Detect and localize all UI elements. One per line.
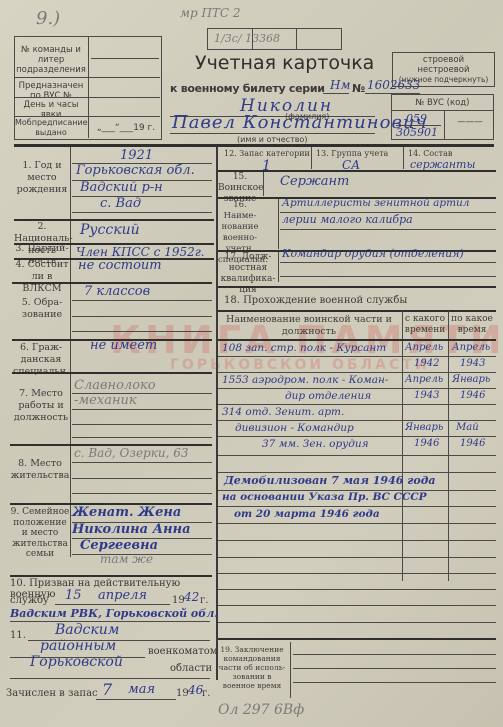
family-residence: там же xyxy=(100,552,153,566)
service-row-3-from-year: 1946 xyxy=(414,438,439,449)
education: 7 классов xyxy=(84,284,150,299)
residence: с. Вад, Озерки, 63 xyxy=(74,446,189,460)
stamp-box: 1/3с/ 13368 xyxy=(207,28,342,50)
field-13-label: 13. Группа учета xyxy=(316,149,388,158)
spouse-patronymic: Сергеевна xyxy=(80,538,158,553)
drafted-year-suffix: г. xyxy=(200,595,208,606)
komsomol-membership: не состоит xyxy=(78,258,162,273)
vus-code-1: 059 xyxy=(406,112,427,125)
service-row-2-unit-1: 1553 аэродром. полк - Коман- xyxy=(222,374,388,386)
corner-number: 9.) xyxy=(36,8,60,29)
top-left-box: № команды и литер подразделения Предназн… xyxy=(14,36,162,140)
ticket-series: Нм xyxy=(330,78,350,92)
field-14-label: 14. Состав xyxy=(408,149,452,158)
vus-assigned-label: Предназначен по ВУС № xyxy=(15,81,87,101)
mob-order-label: Мобпредписание выдано xyxy=(15,118,87,138)
service-row-3-from-month: Январь xyxy=(405,422,443,433)
drafted-by: Вадским РВК, Горьковской обл. xyxy=(10,607,218,620)
field-4-label: 4. Состоит ли в ВЛКСМ xyxy=(14,259,70,295)
field-12-label: 12. Запас категории xyxy=(224,149,310,158)
service-row-3-unit-1: 314 отд. Зенит. арт. xyxy=(222,406,344,418)
bottom-pencil-note: Ол 297 6Вф xyxy=(218,702,304,718)
service-type-combatant: строевой xyxy=(393,55,494,65)
vus-label: № ВУС (код) xyxy=(392,98,493,108)
position-qualification: Командир орудия (отделения) xyxy=(282,247,464,260)
vus-code-2: 305901 xyxy=(396,126,438,139)
demobilization-note-3: от 20 марта 1946 года xyxy=(234,508,380,520)
birth-village: с. Вад xyxy=(100,196,141,211)
service-row-1-from-year: 1942 xyxy=(414,358,439,369)
drafted-month: апреля xyxy=(98,588,147,603)
workplace: Славнолоко xyxy=(74,378,156,393)
service-row-1-from-month: Апрель xyxy=(405,342,443,353)
reserve-year-suffix: г. xyxy=(202,688,210,699)
command-label: № команды и литер подразделения xyxy=(15,45,87,75)
position: -механик xyxy=(74,393,137,408)
reserve-month: мая xyxy=(128,682,155,697)
reserve-day: 7 xyxy=(102,680,112,699)
column-from-header: с какого времени xyxy=(404,314,446,336)
birth-year: 1921 xyxy=(120,148,153,163)
name-patronymic: Павел Константинович xyxy=(172,112,428,133)
drafted-day: 15 xyxy=(65,588,82,603)
service-row-2-from-year: 1943 xyxy=(414,390,439,401)
item-10-service-word: службу xyxy=(10,595,49,606)
reserve-year-prefix: 19 xyxy=(176,688,189,699)
service-row-3-to-year: 1946 xyxy=(460,438,485,449)
drafted-year: 42 xyxy=(184,590,199,604)
service-type-hint: (нужное подчеркнуть) xyxy=(393,75,494,85)
service-row-1-to-year: 1943 xyxy=(460,358,485,369)
card-title: Учетная карточка xyxy=(195,52,374,74)
field-7-label: 7. Место работы и должность xyxy=(12,388,70,424)
military-rank: Сержант xyxy=(280,174,349,189)
oblast-label: области xyxy=(170,663,212,674)
reserve-label: Зачислен в запас xyxy=(6,688,98,699)
field-1-label: 1. Год и место рождения xyxy=(14,160,70,196)
service-row-2-from-month: Апрель xyxy=(405,374,443,385)
field-19-label: 19. Заключение командования части об исп… xyxy=(218,645,286,690)
ticket-prefix: к военному билету серии xyxy=(170,82,325,95)
birth-region: Горьковская обл. xyxy=(76,163,195,178)
field-9-label: 9. Семей­ное поло­жение и место жительст… xyxy=(10,507,70,560)
service-row-2-to-year: 1946 xyxy=(460,390,485,401)
field-5-label: 5. Обра­зование xyxy=(14,297,70,321)
service-table-title: 18. Прохождение военной службы xyxy=(224,295,407,306)
drafted-year-prefix: 19 xyxy=(172,595,185,606)
voenkomat-type: районным xyxy=(40,638,116,654)
military-specialty-2: лерии малого калибра xyxy=(282,213,413,226)
service-type-noncombatant: нестроевой xyxy=(393,65,494,75)
service-row-2-to-month: Январь xyxy=(452,374,490,385)
record-card: КНИГА ПАМЯТИ ГОРЬКОВСКОЙ ОБЛАСТИ 9.) мр … xyxy=(0,0,503,727)
service-row-3-to-month: Май xyxy=(456,422,479,433)
service-row-3-unit-3: 37 мм. Зен. орудия xyxy=(262,438,369,450)
mob-order-date: „___“___19 г. xyxy=(91,123,161,133)
service-row-1-unit: 108 зап. стр. полк - Курсант xyxy=(222,342,386,354)
nationality: Русский xyxy=(80,222,140,238)
column-unit-header: Наименование воинской части и должность xyxy=(220,314,398,338)
vus-box: № ВУС (код) 059 305901 ——— xyxy=(391,94,494,140)
voenkomat-district: Вадским xyxy=(55,622,119,638)
service-row-1-to-month: Апрель xyxy=(452,342,490,353)
voenkomat-label: военкоматом xyxy=(148,646,218,657)
field-8-label: 8. Место жительства xyxy=(10,458,70,482)
number-label: № xyxy=(352,82,365,95)
item-11-label: 11. xyxy=(10,630,26,641)
service-row-2-unit-2: дир отделения xyxy=(285,390,371,402)
demobilization-note-1: Демобилизован 7 мая 1946 года xyxy=(224,474,436,487)
party-membership: Член КПСС с 1952г. xyxy=(76,245,205,259)
stamp-box-text: 1/3с/ 13368 xyxy=(214,32,280,45)
field-17-label: 17. Долж­ностная квалифика­ция xyxy=(218,252,278,296)
demobilization-note-2: на основании Указа Пр. ВС СССР xyxy=(222,491,426,503)
service-row-3-unit-2: дивизион - Командир xyxy=(235,422,354,434)
top-pencil-note: мр ПТС 2 xyxy=(180,6,241,20)
vus-right-value: ——— xyxy=(450,117,490,127)
marital-status: Женат. Жена xyxy=(72,505,181,520)
birth-district: Вадский р-н xyxy=(80,180,163,195)
reserve-year: 46 xyxy=(188,683,203,697)
spouse-name: Николина Анна xyxy=(72,522,191,537)
service-type-box: строевой нестроевой (нужное подчеркнуть) xyxy=(392,52,495,87)
watermark-subtitle: ГОРЬКОВСКОЙ ОБЛАСТИ xyxy=(170,357,430,373)
column-to-header: по какое время xyxy=(450,314,494,336)
appearance-label: День и часы явки xyxy=(15,100,87,120)
military-specialty-1: Артиллеристы зенитной артил xyxy=(282,197,470,209)
voenkomat-region: Горьковской xyxy=(30,654,123,670)
civilian-specialty: не имеет xyxy=(90,338,157,353)
